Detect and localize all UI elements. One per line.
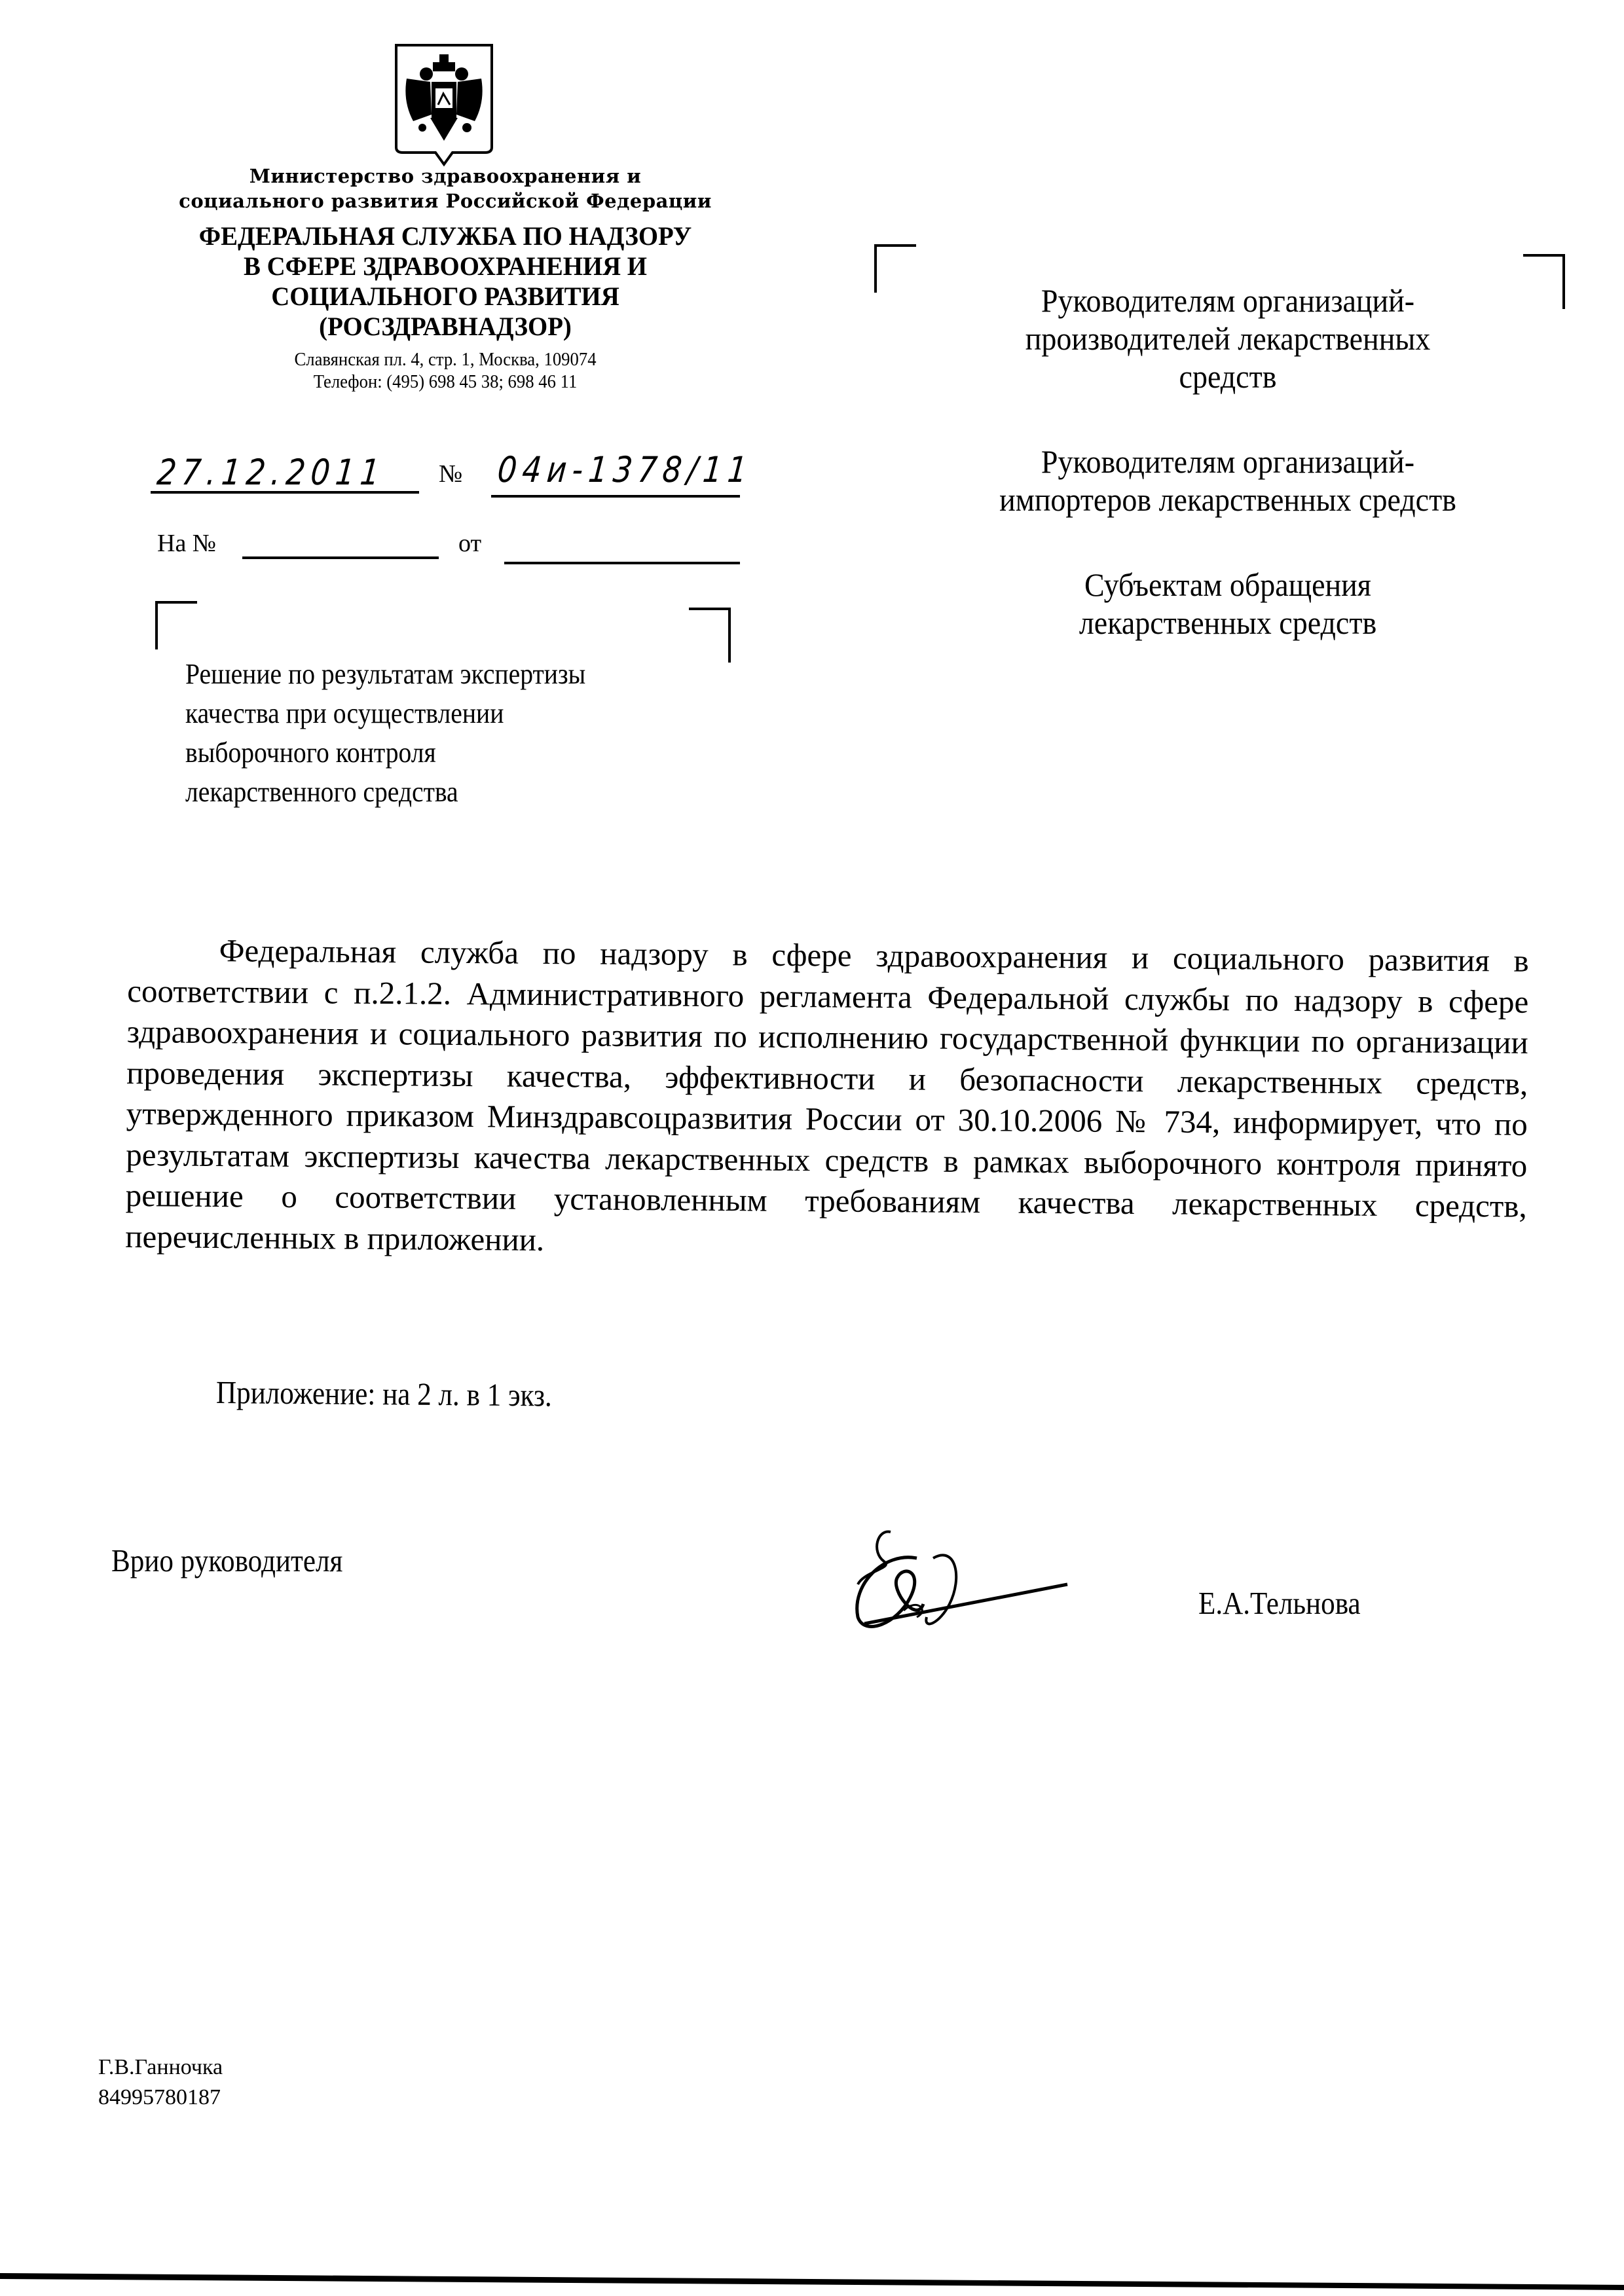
ministry-name: Министерство здравоохранения и социально… — [131, 164, 760, 213]
executor-info: Г.В.Ганночка 84995780187 — [98, 2052, 223, 2113]
executor-name: Г.В.Ганночка — [98, 2052, 223, 2083]
reply-date-field — [504, 562, 740, 564]
attachment-note: Приложение: на 2 л. в 1 экз. — [216, 1374, 552, 1414]
outgoing-date: 27.12.2011 — [155, 452, 386, 493]
handwritten-signature-icon — [819, 1525, 1080, 1637]
reply-number-field — [242, 556, 439, 559]
addressee-manufacturers: Руководителям организаций- производителе… — [917, 282, 1538, 395]
reply-from-label: от — [458, 529, 481, 558]
page-bottom-edge — [0, 2273, 1624, 2291]
coat-of-arms-icon — [394, 43, 494, 167]
registration-block: 27.12.2011 № 04и-1378/11 На № от — [151, 452, 740, 511]
date-underline — [151, 491, 419, 494]
addressees: Руководителям организаций- производителе… — [891, 282, 1565, 689]
service-name: ФЕДЕРАЛЬНАЯ СЛУЖБА ПО НАДЗОРУ В СФЕРЕ ЗД… — [140, 221, 750, 342]
letter-subject: Решение по результатам экспертизы качест… — [185, 655, 692, 812]
letterhead: Министерство здравоохранения и социально… — [131, 164, 760, 393]
outgoing-number: 04и-1378/11 — [496, 449, 754, 490]
number-label: № — [439, 460, 462, 488]
addressee-importers: Руководителям организаций- импортеров ле… — [917, 443, 1538, 519]
letter-body: Федеральная служба по надзору в сфере зд… — [125, 930, 1529, 1268]
subject-bracket-right — [689, 608, 731, 663]
body-paragraph: Федеральная служба по надзору в сфере зд… — [125, 930, 1529, 1268]
number-underline — [491, 495, 740, 498]
addressee-subjects: Субъектам обращения лекарственных средст… — [917, 566, 1538, 642]
signatory-name: Е.А.Тельнова — [1198, 1584, 1361, 1622]
reply-number-label: На № — [157, 529, 216, 558]
signatory-title: Врио руководителя — [111, 1542, 342, 1579]
subject-bracket-left — [155, 601, 197, 649]
service-address: Славянская пл. 4, стр. 1, Москва, 109074… — [156, 348, 734, 393]
executor-phone: 84995780187 — [98, 2083, 223, 2113]
